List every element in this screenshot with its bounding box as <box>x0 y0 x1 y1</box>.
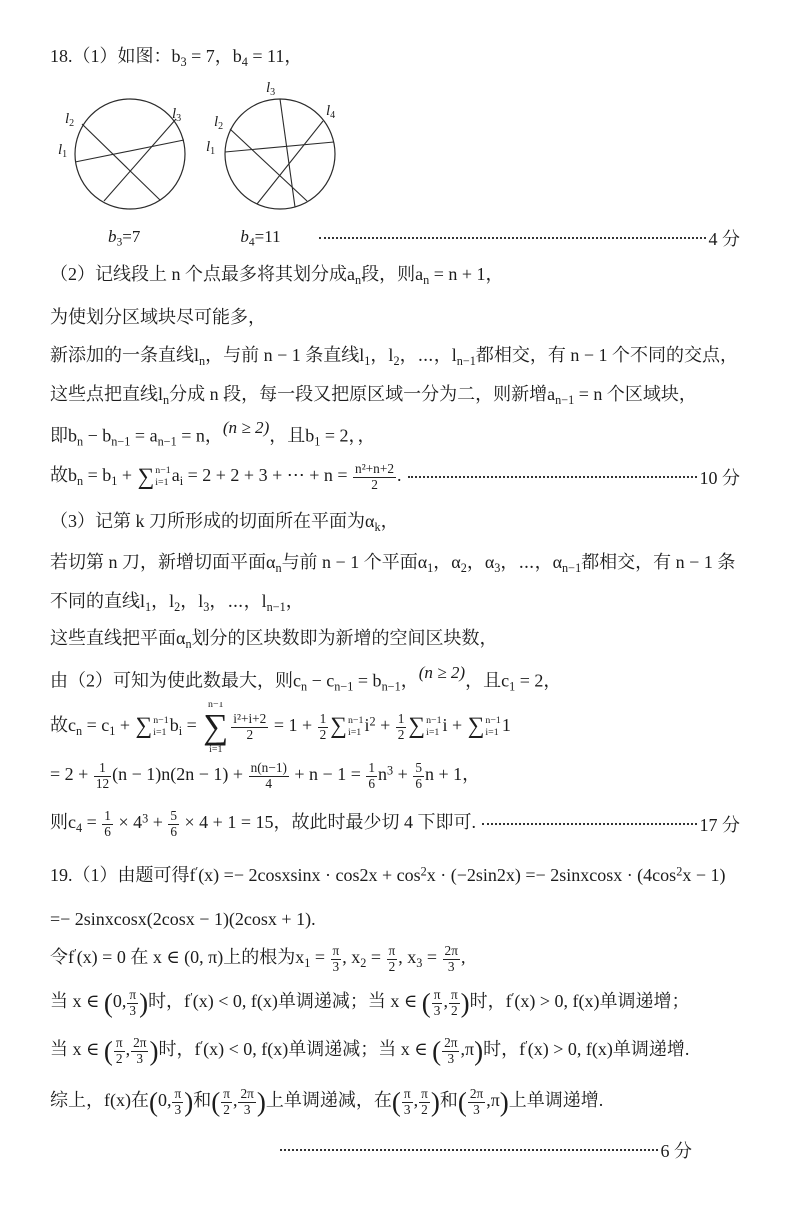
solution-line: =− 2sinxcosx(2cosx − 1)(2cosx + 1). <box>50 900 740 938</box>
math-text: ) <box>139 988 148 1018</box>
solution-line: 这些点把直线ln分成 n 段，每一段又把原区域一分为二，则新增an−1 = n … <box>50 374 740 414</box>
math-text: = <box>310 947 329 967</box>
math-text: 不同的直线l <box>50 591 145 611</box>
chord-label-l1: l1 <box>206 139 215 157</box>
math-text: n−1 <box>382 680 401 694</box>
math-text: − c <box>307 671 334 691</box>
math-text: 即b <box>50 426 77 446</box>
dotted-leader <box>319 237 706 239</box>
score-badge: 10 分 <box>700 464 741 490</box>
math-text: ,π <box>486 1090 500 1110</box>
math-text: ， <box>286 591 304 611</box>
math-text: (x) < 0, f(x)单调递减；当 x ∈ <box>203 1039 432 1059</box>
math-text: 则c4 = 16 × 43 + 56 × 4 + 1 = 15，故此时最少切 4… <box>50 808 476 839</box>
math-text: ) <box>257 1087 266 1117</box>
math-text: ， <box>381 511 399 531</box>
math-text: （2）记线段上 n 个点最多将其划分成an段，则an = n + 1， <box>50 260 504 288</box>
math-text: = <box>82 812 101 832</box>
math-text: = 2 + <box>50 764 93 784</box>
fraction: π2 <box>449 988 460 1019</box>
math-text: 即bn − bn−1 = an−1 = n，(n ≥ 2)，且b1 = 2，， <box>50 418 376 449</box>
math-text: = n + 1， <box>429 264 503 284</box>
math-text: 这些直线把平面α <box>50 628 185 648</box>
math-text: 时，f <box>470 991 512 1011</box>
math-text: ，l <box>370 345 393 365</box>
fraction: 2π3 <box>238 1087 255 1118</box>
math-text: 当 x ∈ (0,π3)时，f′(x) < 0, f(x)单调递减；当 x ∈ … <box>50 987 689 1018</box>
math-text: 由（2）可知为使此数最大，则cn − cn−1 = bn−1，(n ≥ 2)，且… <box>50 663 561 694</box>
circle-outline <box>75 99 185 209</box>
chord-l2 <box>82 124 160 200</box>
math-text: 0, <box>113 991 127 1011</box>
math-text: = n 个区域块， <box>574 384 697 404</box>
math-text: ( <box>432 1036 441 1066</box>
math-text: 上单调递减，在 <box>266 1090 392 1110</box>
math-text: 新添加的一条直线ln，与前 n − 1 条直线l1，l2，⋯，ln−1都相交，有… <box>50 341 738 369</box>
math-text: ) <box>431 1087 440 1117</box>
math-text: ，⋯，l <box>400 345 457 365</box>
math-text: 这些直线把平面αn划分的区块数即为新增的空间区块数， <box>50 624 498 652</box>
math-text: =11 <box>255 227 281 246</box>
fraction: 56 <box>168 809 179 840</box>
solution-line: 令f′(x) = 0 在 x ∈ (0, π)上的根为x1 = π3, x2 =… <box>50 938 740 980</box>
math-text: n−1 <box>267 600 286 614</box>
math-text: ，且b <box>269 426 314 446</box>
fraction: n(n−1)4 <box>249 761 289 792</box>
math-text: = 2， <box>515 671 561 691</box>
math-text: = 2 + 2 + 3 + ⋯ + n = <box>183 465 352 485</box>
chord-label-l4: l4 <box>326 103 335 121</box>
math-text: (x) > 0, f(x)单调递增； <box>514 991 689 1011</box>
summation: ∑n−1i=1 <box>136 715 169 739</box>
score-badge: 6 分 <box>661 1137 693 1163</box>
math-text: , <box>233 1090 238 1110</box>
dotted-leader <box>280 1149 658 1151</box>
math-text: b <box>170 715 179 735</box>
math-text: 1 <box>502 715 511 735</box>
math-text: ( <box>422 988 431 1018</box>
chord-l3 <box>104 119 176 201</box>
math-text: ,π <box>460 1039 474 1059</box>
math-text: i + <box>443 715 467 735</box>
math-text: ( <box>211 1087 220 1117</box>
math-text: 综上，f(x)在 <box>50 1090 149 1110</box>
math-text: n−1 <box>562 561 581 575</box>
math-text: 与前 n − 1 个平面α <box>282 552 428 572</box>
fraction: π2 <box>387 944 398 975</box>
math-text: 若切第 n 刀，新增切面平面αn与前 n − 1 个平面α1，α2，α3，⋯，α… <box>50 548 735 576</box>
math-text: = 11， <box>248 46 302 66</box>
math-text: 18.（1）如图：b3 = 7，b4 = 11， <box>50 42 302 70</box>
math-text: , <box>126 1039 131 1059</box>
math-text: = <box>366 947 385 967</box>
math-text: n <box>378 764 387 784</box>
fraction: π2 <box>114 1036 125 1067</box>
math-text: (x) = 0 在 x ∈ (0, π)上的根为x <box>77 947 305 967</box>
solution-line: （3）记第 k 刀所形成的切面所在平面为αk， <box>50 500 740 542</box>
math-text: 时，f <box>158 1039 200 1059</box>
fraction: 2π3 <box>468 1087 485 1118</box>
solution-line-scored: 6 分 <box>50 1128 740 1172</box>
solution-line: 由（2）可知为使此数最大，则cn − cn−1 = bn−1，(n ≥ 2)，且… <box>50 656 740 702</box>
math-text: 为使划分区域块尽可能多， <box>50 303 266 329</box>
math-text: = c <box>82 715 109 735</box>
math-text: 这些点把直线ln分成 n 段，每一段又把原区域一分为二，则新增an−1 = n … <box>50 380 697 408</box>
math-text: 新添加的一条直线l <box>50 345 199 365</box>
math-text: x · (−2sin2x) =− 2sinxcosx · (4cos <box>427 865 676 885</box>
math-text: 故cn = c1 + ∑n−1i=1bi = n−1∑i=1i²+i+22 = … <box>50 702 511 752</box>
math-text: 令f′(x) = 0 在 x ∈ (0, π)上的根为x1 = π3, x2 =… <box>50 943 465 974</box>
math-text: (x) =− 2cosxsinx · cos2x + cos <box>198 865 420 885</box>
fraction: π2 <box>419 1087 430 1118</box>
math-text: + <box>117 465 136 485</box>
chord-label-l2: l2 <box>65 111 74 129</box>
math-text: 和 <box>440 1090 458 1110</box>
math-text: , <box>443 991 448 1011</box>
dotted-leader <box>482 823 697 825</box>
diagram-b4: l3l4l2l1 <box>200 74 365 229</box>
fraction: n²+n+22 <box>353 462 396 493</box>
solution-line: 不同的直线l1，l2，l3，⋯，ln−1， <box>50 582 740 620</box>
summation-display: n−1∑i=1 <box>203 702 228 752</box>
math-text: 时，f <box>148 991 190 1011</box>
math-text: , <box>461 947 466 967</box>
math-text: 划分的区块数即为新增的空间区块数， <box>192 628 498 648</box>
fraction: π2 <box>221 1087 232 1118</box>
solution-line: 综上，f(x)在(0,π3)和(π2,2π3)上单调递减，在(π3,π2)和(2… <box>50 1076 740 1128</box>
math-text: n−1 <box>111 435 130 449</box>
solution-line: 为使划分区域块尽可能多， <box>50 296 740 336</box>
math-text: ( <box>392 1087 401 1117</box>
solution-line: 这些直线把平面αn划分的区块数即为新增的空间区块数， <box>50 620 740 656</box>
math-text: (n ≥ 2) <box>419 663 465 682</box>
math-text: =− 2sinxcosx(2cosx − 1)(2cosx + 1). <box>50 909 316 929</box>
line-18-header: 18.（1）如图：b3 = 7，b4 = 11， <box>50 38 740 74</box>
math-text: ( <box>104 1036 113 1066</box>
math-text: = 7，b <box>187 46 242 66</box>
math-text: , x <box>342 947 360 967</box>
math-text: ， <box>401 671 419 691</box>
math-text: + <box>393 764 412 784</box>
math-text: 由（2）可知为使此数最大，则c <box>50 671 301 691</box>
math-text: ，l <box>180 591 203 611</box>
math-text: 不同的直线l1，l2，l3，⋯，ln−1， <box>50 587 304 615</box>
math-text: 19.（1）由题可得f′(x) =− 2cosxsinx · cos2x + c… <box>50 861 725 887</box>
math-text: x − 1) <box>682 865 725 885</box>
math-text: ，与前 n − 1 条直线l <box>205 345 364 365</box>
chord-l4 <box>257 121 323 204</box>
solution-line: 19.（1）由题可得f′(x) =− 2cosxsinx · cos2x + c… <box>50 848 740 900</box>
math-text: ( <box>104 988 113 1018</box>
fraction: 2π3 <box>442 1036 459 1067</box>
math-text: = a <box>130 426 157 446</box>
fraction: 12 <box>318 712 329 743</box>
chord-label-l2: l2 <box>214 114 223 132</box>
math-text: 这些点把直线l <box>50 384 163 404</box>
math-text: ) <box>461 988 470 1018</box>
math-text: = <box>422 947 441 967</box>
math-text: n−1 <box>334 680 353 694</box>
math-text: 当 x ∈ <box>50 1039 104 1059</box>
document-page: 18.（1）如图：b3 = 7，b4 = 11， l2l3l1 l3l4l2l1… <box>0 0 800 1172</box>
solution-line: 故cn = c1 + ∑n−1i=1bi = n−1∑i=1i²+i+22 = … <box>50 702 740 752</box>
math-text: = 2 + 112(n − 1)n(2n − 1) + n(n−1)4 + n … <box>50 760 480 791</box>
math-text: 都相交，有 n − 1 个不同的交点， <box>476 345 738 365</box>
solution-line: 若切第 n 刀，新增切面平面αn与前 n − 1 个平面α1，α2，α3，⋯，α… <box>50 542 740 582</box>
math-text: + <box>115 715 134 735</box>
math-text: a <box>172 465 180 485</box>
fraction: 16 <box>102 809 113 840</box>
math-text: = <box>182 715 201 735</box>
dotted-leader <box>408 476 697 478</box>
math-text: ( <box>458 1087 467 1117</box>
solution-line: 新添加的一条直线ln，与前 n − 1 条直线l1，l2，⋯，ln−1都相交，有… <box>50 336 740 374</box>
math-text: 令f <box>50 947 74 967</box>
fraction: π3 <box>127 988 138 1019</box>
solution-line: = 2 + 112(n − 1)n(2n − 1) + n(n−1)4 + n … <box>50 752 740 800</box>
solution-line: （2）记线段上 n 个点最多将其划分成an段，则an = n + 1， <box>50 252 740 296</box>
chord-label-l3: l3 <box>172 106 181 124</box>
math-text: 和 <box>193 1090 211 1110</box>
math-text: + n − 1 = <box>290 764 365 784</box>
math-text: b <box>108 227 117 246</box>
math-text: ，α <box>433 552 460 572</box>
summation: ∑n−1i=1 <box>468 715 501 739</box>
math-text: n−1 <box>457 354 476 368</box>
fraction: π3 <box>172 1087 183 1118</box>
math-text: （3）记第 k 刀所形成的切面所在平面为αk， <box>50 507 399 535</box>
chord-l1 <box>225 142 334 152</box>
solution-line-scored: 则c4 = 16 × 43 + 56 × 4 + 1 = 15，故此时最少切 4… <box>50 800 740 848</box>
circle-diagrams: l2l3l1 l3l4l2l1 <box>50 74 740 224</box>
math-text: ) <box>474 1036 483 1066</box>
math-text: = 2，， <box>320 426 375 446</box>
math-text: ) <box>500 1087 509 1117</box>
fraction: i²+i+22 <box>231 712 268 743</box>
chord-label-l3: l3 <box>266 80 275 98</box>
math-text: ，⋯，l <box>209 591 266 611</box>
fraction: 2π3 <box>443 944 460 975</box>
math-text: ) <box>184 1087 193 1117</box>
math-text: (n ≥ 2) <box>223 418 269 437</box>
math-text: 综上，f(x)在(0,π3)和(π2,2π3)上单调递减，在(π3,π2)和(2… <box>50 1086 603 1117</box>
math-text: 段，则a <box>361 264 423 284</box>
math-text: = b <box>83 465 111 485</box>
math-text: = n， <box>177 426 223 446</box>
math-text: n−1 <box>555 393 574 407</box>
circle-with-4-chords: l3l4l2l1 <box>200 74 365 224</box>
math-text: 当 x ∈ <box>50 991 104 1011</box>
math-text: − b <box>83 426 111 446</box>
math-text: b <box>240 227 249 246</box>
math-text: 0, <box>158 1090 172 1110</box>
math-text: 当 x ∈ (π2,2π3)时，f′(x) < 0, f(x)单调递减；当 x … <box>50 1035 689 1066</box>
summation: ∑n−1i=1 <box>408 715 441 739</box>
math-text: = b <box>353 671 381 691</box>
math-text: ( <box>149 1087 158 1117</box>
math-text: ，α <box>467 552 494 572</box>
math-text: 则c <box>50 812 76 832</box>
math-text: 故b <box>50 465 77 485</box>
math-text: 若切第 n 刀，新增切面平面α <box>50 552 275 572</box>
math-text: (n − 1)n(2n − 1) + <box>112 764 247 784</box>
math-text: 18.（1）如图：b <box>50 46 181 66</box>
fraction: π3 <box>331 944 342 975</box>
math-text: , x <box>398 947 416 967</box>
chord-l3 <box>280 99 295 207</box>
summation: ∑n−1i=1 <box>138 465 171 489</box>
chord-l1 <box>75 140 184 162</box>
chord-label-l1: l1 <box>58 142 67 160</box>
math-text: ，⋯，α <box>500 552 562 572</box>
math-text: =− 2sinxcosx(2cosx − 1)(2cosx + 1). <box>50 909 316 930</box>
math-text: + <box>148 812 167 832</box>
summation: ∑n−1i=1 <box>330 715 363 739</box>
solution-line: 当 x ∈ (π2,2π3)时，f′(x) < 0, f(x)单调递减；当 x … <box>50 1026 740 1076</box>
solution-line: 当 x ∈ (0,π3)时，f′(x) < 0, f(x)单调递减；当 x ∈ … <box>50 980 740 1026</box>
diagram-b3: l2l3l1 <box>55 74 220 229</box>
fraction: 2π3 <box>131 1036 148 1067</box>
math-text: 都相交，有 n − 1 条 <box>581 552 735 572</box>
math-text: 19.（1）由题可得f <box>50 865 196 885</box>
math-text: (x) > 0, f(x)单调递增. <box>528 1039 690 1059</box>
score-badge: 17 分 <box>700 811 741 837</box>
math-text: ，且c <box>465 671 509 691</box>
fraction: 112 <box>94 761 111 792</box>
math-text: , <box>414 1090 419 1110</box>
math-text: n−1 <box>158 435 177 449</box>
fraction: 56 <box>413 761 424 792</box>
caption-b4: b4=11 <box>240 227 280 249</box>
math-text: （2）记线段上 n 个点最多将其划分成a <box>50 264 355 284</box>
math-text: × 4 <box>114 812 142 832</box>
circle-outline <box>225 99 335 209</box>
solution-body: （2）记线段上 n 个点最多将其划分成an段，则an = n + 1，为使划分区… <box>50 252 740 1172</box>
solution-line: 即bn − bn−1 = an−1 = n，(n ≥ 2)，且b1 = 2，， <box>50 414 740 454</box>
math-text: (x) < 0, f(x)单调递减；当 x ∈ <box>193 991 422 1011</box>
fraction: π3 <box>402 1087 413 1118</box>
circle-with-3-chords: l2l3l1 <box>55 74 220 224</box>
math-text: ，l <box>151 591 174 611</box>
math-text: . <box>397 465 402 485</box>
solution-line-scored: 故bn = b1 + ∑n−1i=1ai = 2 + 2 + 3 + ⋯ + n… <box>50 454 740 500</box>
math-text: 时，f <box>483 1039 525 1059</box>
math-text: × 4 + 1 = 15，故此时最少切 4 下即可. <box>180 812 476 832</box>
fraction: π3 <box>432 988 443 1019</box>
math-text: = 1 + <box>269 715 316 735</box>
caption-b3: b3=7 <box>108 227 140 249</box>
score-badge-4: 4 分 <box>709 225 741 251</box>
fraction: 16 <box>366 761 377 792</box>
fraction: 12 <box>396 712 407 743</box>
math-text: 为使划分区域块尽可能多， <box>50 307 266 327</box>
math-text: （3）记第 k 刀所形成的切面所在平面为α <box>50 511 374 531</box>
math-text: 故bn = b1 + ∑n−1i=1ai = 2 + 2 + 3 + ⋯ + n… <box>50 461 402 492</box>
math-text: =7 <box>122 227 140 246</box>
math-text: 分成 n 段，每一段又把原区域一分为二，则新增a <box>169 384 555 404</box>
math-text: n + 1， <box>425 764 480 784</box>
math-text: + <box>376 715 395 735</box>
math-text: 故c <box>50 715 76 735</box>
math-text: 上单调递增. <box>509 1090 604 1110</box>
